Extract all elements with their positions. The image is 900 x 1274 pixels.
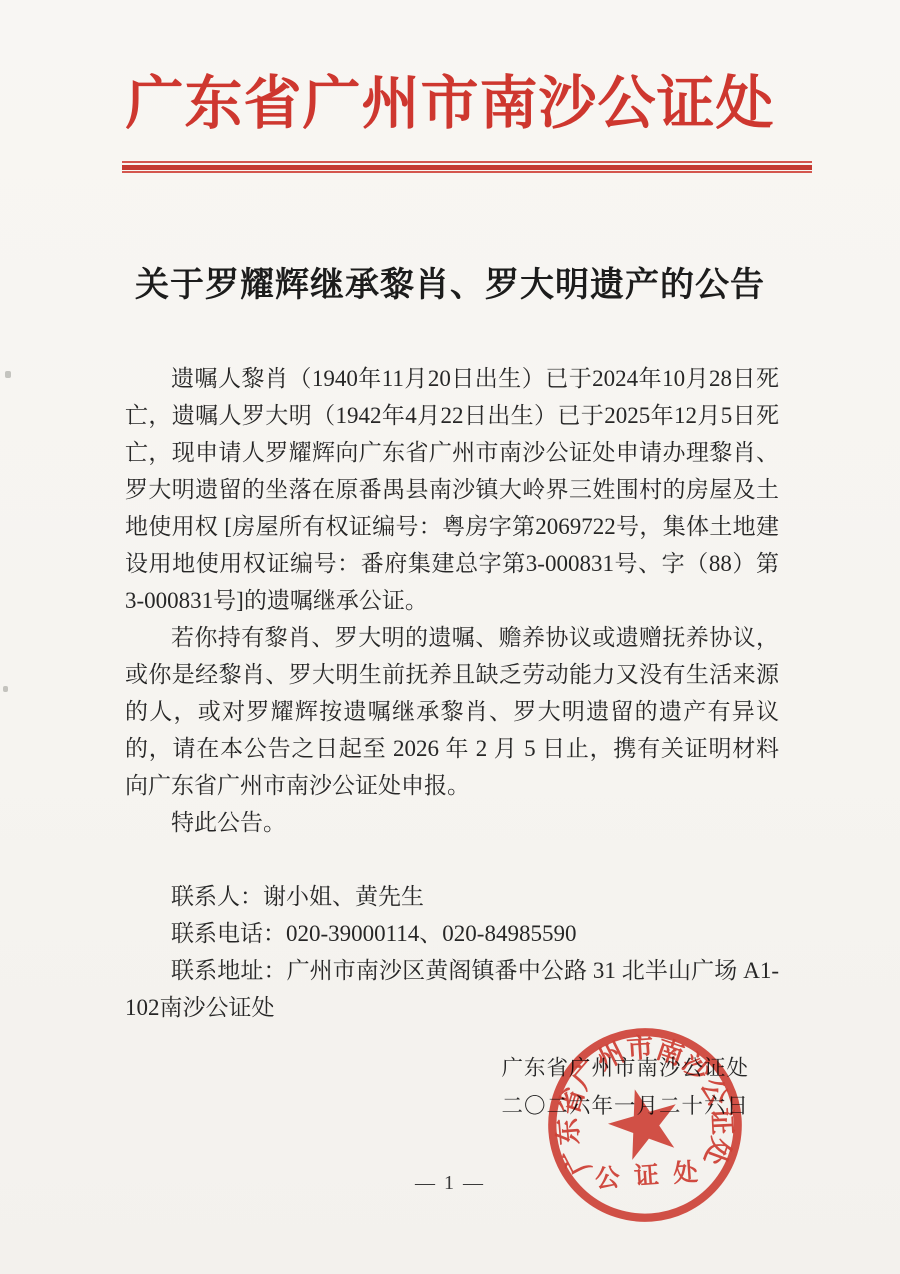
letterhead-divider [122, 161, 812, 173]
body-paragraph-1: 遗嘱人黎肖（1940年11月20日出生）已于2024年10月28日死亡，遗嘱人罗… [125, 360, 779, 619]
official-seal: 广东省广州市南沙公证处 公 证 处 [535, 1015, 755, 1235]
contact-person-line: 联系人：谢小姐、黄先生 [125, 878, 779, 915]
notice-title: 关于罗耀辉继承黎肖、罗大明遗产的公告 [0, 257, 900, 306]
contact-address-line: 联系地址：广州市南沙区黄阁镇番中公路 31 北半山广场 A1-102南沙公证处 [125, 952, 779, 1026]
letterhead: 广东省广州市南沙公证处 [0, 0, 900, 173]
scan-speck [5, 371, 11, 378]
page-number: — 1 — [0, 1172, 900, 1195]
body-paragraph-2: 若你持有黎肖、罗大明的遗嘱、赡养协议或遗赠抚养协议，或你是经黎肖、罗大明生前抚养… [125, 619, 779, 804]
contact-block: 联系人：谢小姐、黄先生 联系电话：020-39000114、020-849855… [125, 878, 779, 1026]
notice-body: 遗嘱人黎肖（1940年11月20日出生）已于2024年10月28日死亡，遗嘱人罗… [125, 360, 779, 1026]
document-page: 广东省广州市南沙公证处 关于罗耀辉继承黎肖、罗大明遗产的公告 遗嘱人黎肖（194… [0, 0, 900, 1274]
scan-speck [3, 686, 8, 692]
official-seal-graphic: 广东省广州市南沙公证处 公 证 处 [535, 1015, 755, 1235]
seal-star-icon [601, 1080, 687, 1164]
body-paragraph-3: 特此公告。 [125, 804, 779, 841]
letterhead-org-name: 广东省广州市南沙公证处 [0, 60, 900, 147]
contact-phone-line: 联系电话：020-39000114、020-84985590 [125, 915, 779, 952]
